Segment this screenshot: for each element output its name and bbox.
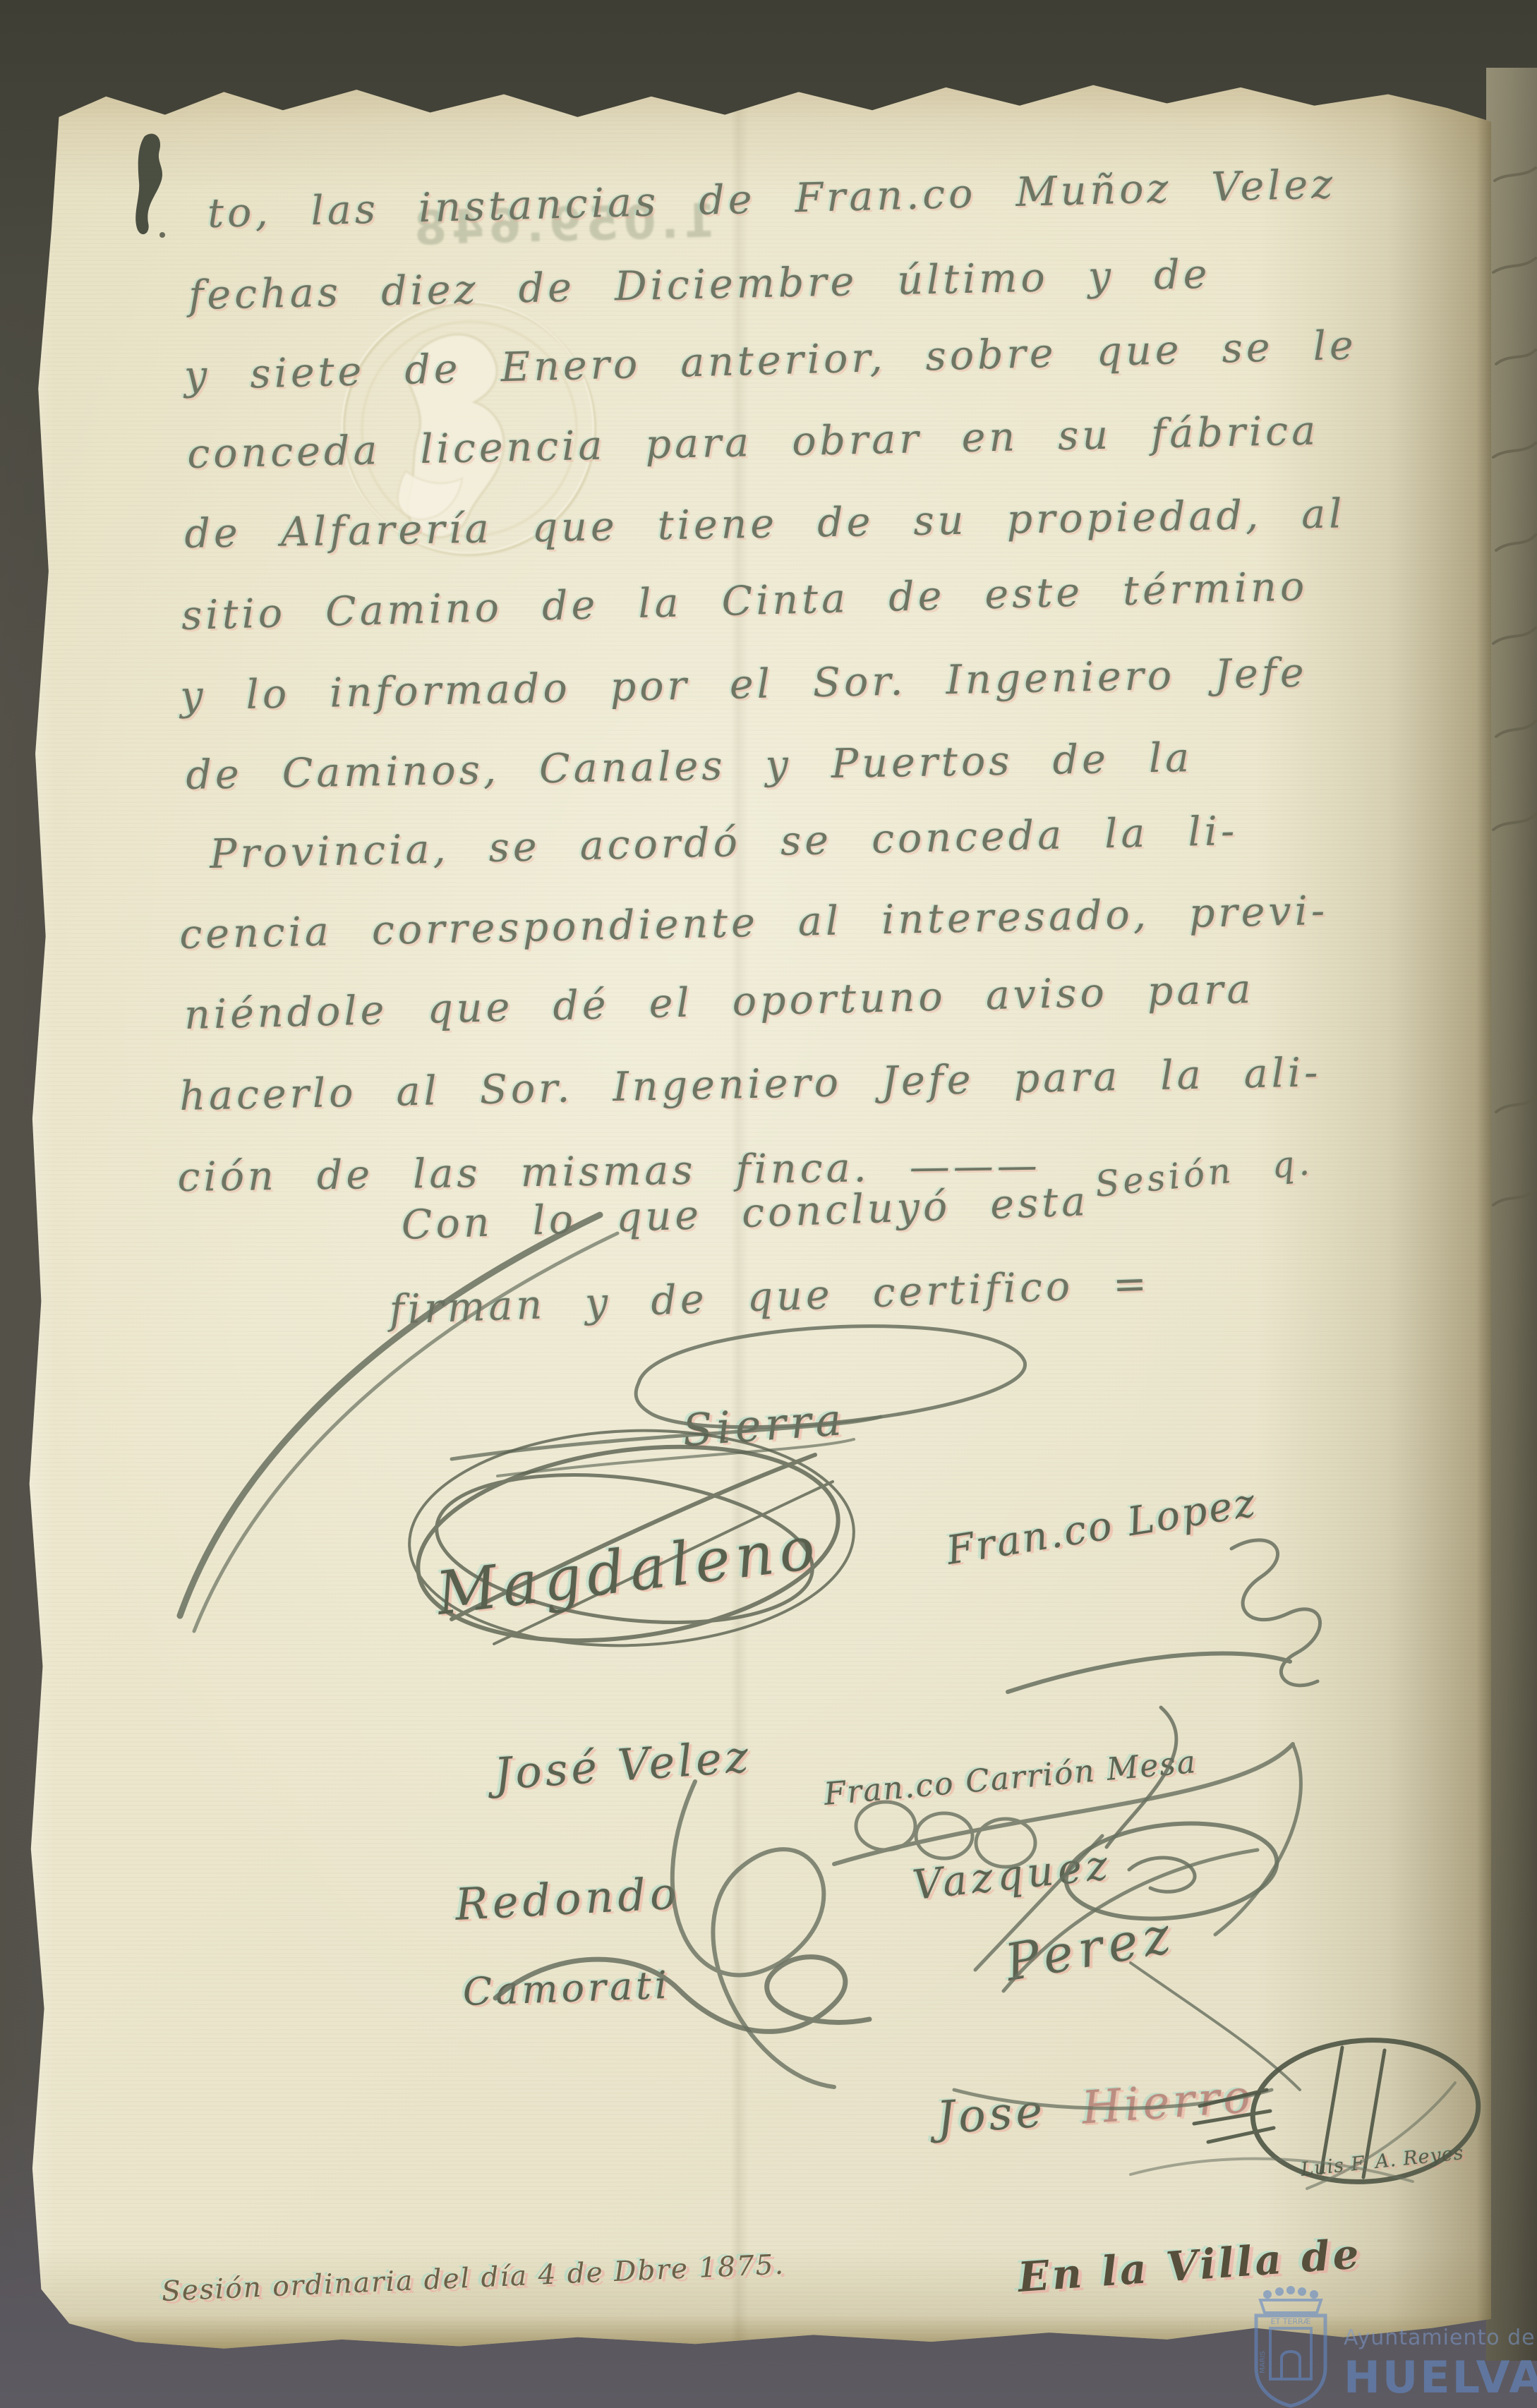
manuscript-line-10: cencia correspondiente al interesado, pr… [179,888,1329,958]
signature-hierro: Jose Hierro [935,2071,1255,2145]
signature-carrion-mesa: Fran.co Carrión Mesa [823,1744,1198,1813]
signature-velez: José Velez [493,1731,754,1800]
lopez-underline-sweep [1008,1653,1290,1692]
manuscript-line-11: niéndole que dé el oportuno aviso para [183,966,1255,1039]
lopez-knot [1231,1540,1320,1686]
signature-magdaleno: Magdaleno [433,1513,824,1628]
ink-blot [123,129,180,270]
signature-hierro-first: Jose [935,2085,1048,2145]
lopez-flourish [1008,1540,1320,1847]
ink-speck [159,232,165,238]
ink-blot-shape [135,134,162,235]
manuscript-line-8: de Caminos, Canales y Puertos de la [186,734,1193,799]
manuscript-line-1: to, las instancias de Fran.co Muñoz Vele… [207,161,1337,237]
redondo-flourish [673,1781,834,2087]
shield-inner-frame [1270,2328,1311,2379]
manuscript-inline-note: Sesión q. [1093,1142,1315,1205]
session-date-note: Sesión ordinaria del día 4 de Dbre 1875. [161,2249,785,2308]
signature-lopez: Fran.co Lopez [944,1480,1260,1574]
adjacent-page-writing-fragments [1486,68,1537,2361]
watermark-text: Ayuntamiento de HUELVA [1344,2325,1537,2403]
signature-vazquez: Vazquez [910,1841,1114,1909]
signature-sierra: Sierra [681,1393,848,1456]
shield-crown [1260,2300,1321,2313]
watermark-org-name: Ayuntamiento de [1344,2325,1537,2350]
signature-perez: Perez [1001,1904,1180,1992]
signature-reyes-circled: Luis F. A. Reyes [1300,2142,1465,2181]
signature-camorati: Camorati [462,1963,671,2014]
shield-motto-left: MARIS [1259,2351,1267,2373]
manuscript-line-9: Provincia, se acordó se conceda la li- [210,808,1238,878]
watermark-city-name: HUELVA [1344,2352,1537,2403]
shield-motto-top: ET TERRÆ [1271,2317,1311,2326]
archive-watermark: ET TERRÆ MARIS Ayuntamiento de HUELVA [1248,2285,1537,2408]
shield-arch [1282,2352,1300,2379]
manuscript-line-12: hacerlo al Sor. Ingeniero Jefe para la a… [179,1049,1322,1120]
scanned-manuscript-page: 1.059.648 to, las instancias de Fran.co … [0,0,1537,2408]
manuscript-line-7: y lo informado por el Sor. Ingeniero Jef… [180,650,1308,720]
manuscript-line-15: firman y de que certifico = [389,1260,1151,1333]
signature-redondo: Redondo [454,1867,682,1930]
signature-hierro-last: Hierro [1080,2071,1255,2135]
huelva-shield-icon: ET TERRÆ MARIS [1248,2285,1334,2408]
manuscript-paper: 1.059.648 to, las instancias de Fran.co … [18,69,1491,2351]
